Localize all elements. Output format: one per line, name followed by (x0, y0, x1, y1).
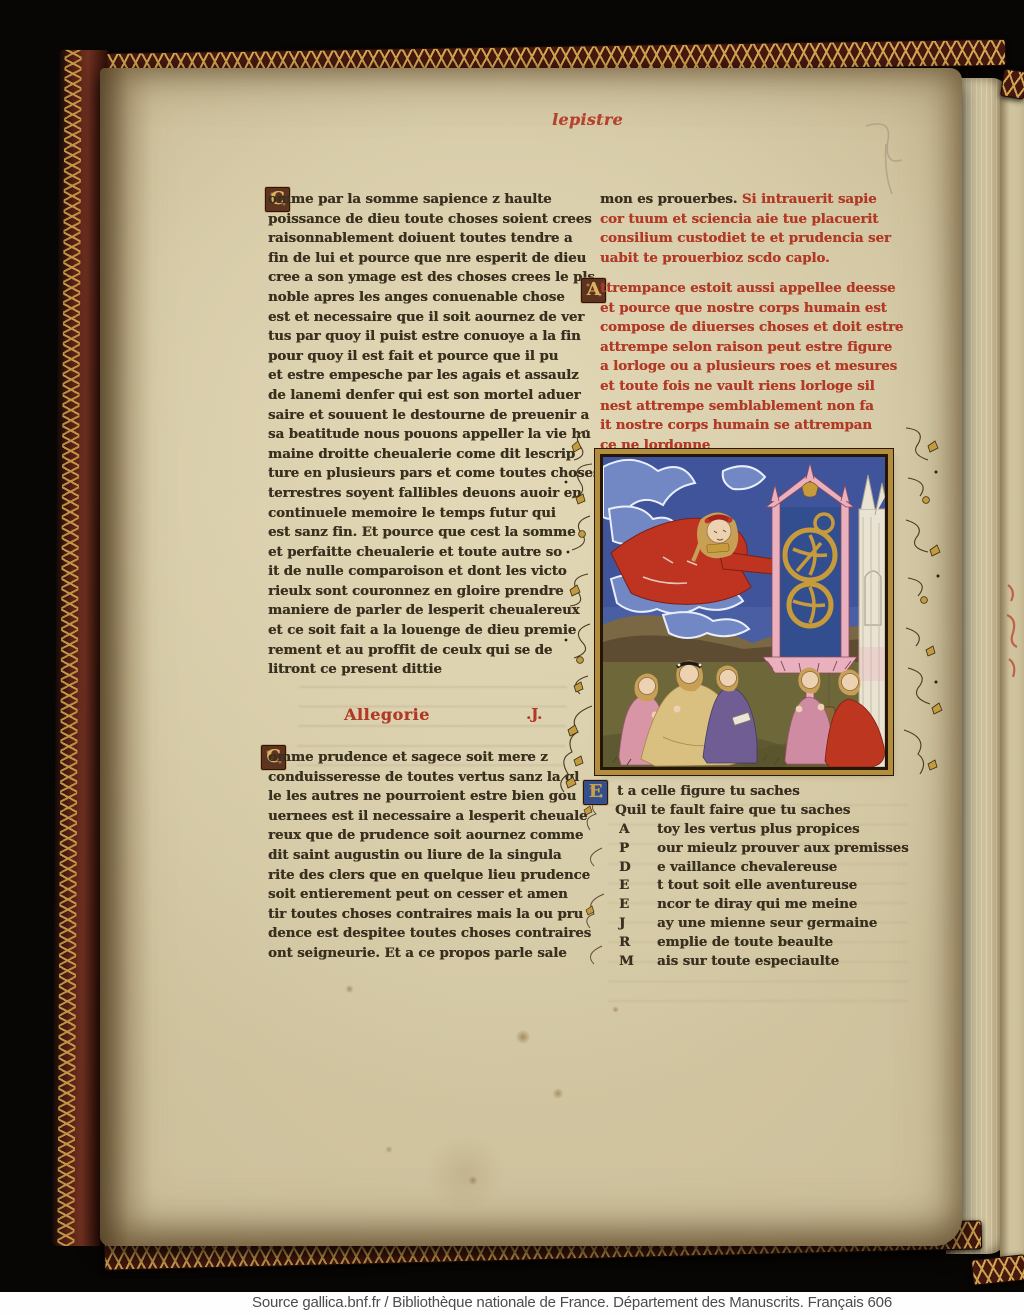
text-line: tus par quoy il puist estre conuoye a la… (268, 327, 578, 347)
running-title: lepistre (552, 110, 623, 129)
latin-line: cor tuum et sciencia aie tue placuerit (600, 210, 912, 230)
verse-text: our mieulz prouver aux premisses (657, 840, 909, 856)
text-line: rite des clers que en quelque lieu prude… (268, 866, 578, 886)
text-line: ont seigneurie. Et a ce propos parle sal… (268, 944, 578, 964)
verse-cap: M (585, 952, 657, 971)
text-line: nest attrempe semblablement non fa (600, 397, 912, 417)
verse-text: ais sur toute especiaulte (657, 953, 839, 969)
marginal-flourish (836, 116, 928, 204)
rubric-mark: .J. (526, 705, 542, 723)
verse-line: Quil te fault faire que tu saches (585, 801, 905, 820)
intro-black: mon es prouerbes. (600, 191, 742, 207)
binding-bottom-right-gilt (971, 1254, 1024, 1286)
text-line: continuele memoire le temps futur qui (268, 504, 578, 524)
gutter-shadow (100, 68, 152, 1246)
text-line: it nostre corps humain se attrempan (600, 416, 912, 436)
text-line: attrempe selon raison peut estre figure (600, 338, 912, 358)
verse-line: Remplie de toute beaulte (585, 933, 905, 952)
verse-line: Atoy les vertus plus propices (585, 820, 905, 839)
text-line: rement et au proffit de ceulx qui se de (268, 641, 578, 661)
text-line: de lanemi denfer qui est son mortel adue… (268, 386, 578, 406)
verse-line: Et tout soit elle aventureuse (585, 876, 905, 895)
text-line: cree a son ymage est des choses crees le… (268, 268, 578, 288)
stain-spot (345, 985, 354, 993)
verse-line: Encor te diray qui me meine (585, 895, 905, 914)
text-line: et toute fois ne vault riens lorloge sil (600, 377, 912, 397)
binding-top-right-gilt (1000, 68, 1024, 99)
verse-lines: Atoy les vertus plus propices Pour mieul… (585, 820, 905, 971)
text-line: uernees est il necessaire a lesperit che… (268, 807, 578, 827)
verse-line: Jay une mienne seur germaine (585, 914, 905, 933)
text-line: reux que de prudence soit aournez comme (268, 826, 578, 846)
verse-line: Pour mieulz prouver aux premisses (585, 839, 905, 858)
gallica-caption-bar: Source gallica.bnf.fr / Bibliothèque nat… (0, 1292, 1024, 1315)
text-line: soit entierement peut on cesser et amen (268, 885, 578, 905)
text-line: et pource que nostre corps humain est (600, 299, 912, 319)
text-line: dence est despitee toutes choses contrai… (268, 924, 578, 944)
verse-cap: R (585, 933, 657, 952)
text-line: terrestres soyent fallibles deuons auoir… (268, 484, 578, 504)
verse-line: t a celle figure tu saches (585, 782, 905, 801)
text-line: saire et souuent le destourne de preueni… (268, 406, 578, 426)
text-line: raisonnablement doiuent toutes tendre a (268, 229, 578, 249)
text-line: compose de diuerses choses et doit estre (600, 318, 912, 338)
text-line: litront ce present dittie (268, 660, 578, 680)
text-line: a lorloge ou a plusieurs roes et mesures (600, 357, 912, 377)
text-line: rieulx sont couronnez en gloire prendre (268, 582, 578, 602)
text-line: it de nulle comparoison et dont les vict… (268, 562, 578, 582)
text-line: sa beatitude nous pouons appeller la vie… (268, 425, 578, 445)
left-column-paragraph1: omme par la somme sapience z haultepoiss… (268, 190, 578, 680)
text-line: conduisseresse de toutes vertus sanz la … (268, 768, 578, 788)
damp-stain (420, 1138, 510, 1208)
photo-background: lepistre C omme par la somme sapience z … (0, 0, 1024, 1292)
text-line: omme prudence et sagece soit mere z (268, 748, 578, 768)
verse-cap: E (585, 895, 657, 914)
attrempance-paragraph: ttrempance estoit aussi appellee deessee… (600, 279, 912, 455)
caption-text: Source gallica.bnf.fr / Bibliothèque nat… (252, 1294, 892, 1311)
latin-quote: cor tuum et sciencia aie tue placueritco… (600, 210, 912, 269)
stain-spot (552, 1088, 564, 1099)
manuscript-page: lepistre C omme par la somme sapience z … (100, 68, 962, 1246)
verse-text: ncor te diray qui me meine (657, 896, 857, 912)
text-line: tir toutes choses contraires mais la ou … (268, 905, 578, 925)
text-line: est et necessaire que il soit aournez de… (268, 308, 578, 328)
verse-text: t tout soit elle aventureuse (657, 877, 857, 893)
latin-line: uabit te prouerbioz scdo caplo. (600, 249, 912, 269)
stain-spot (612, 1006, 619, 1013)
verse-text: emplie de toute beaulte (657, 934, 833, 950)
text-line: fin de lui et pource que nre esperit de … (268, 249, 578, 269)
text-line: noble apres les anges conuenable chose (268, 288, 578, 308)
verse-block: t a celle figure tu saches Quil te fault… (585, 782, 905, 971)
stain-spot (515, 1030, 531, 1044)
verse-line: De vaillance chevalereuse (585, 858, 905, 877)
text-line: ture en plusieurs pars et come toutes ch… (268, 464, 578, 484)
stain-spot (385, 1146, 393, 1153)
verse-line: Mais sur toute especiaulte (585, 952, 905, 971)
verse-cap: A (585, 820, 657, 839)
text-line: et ce soit fait a la louenge de dieu pre… (268, 621, 578, 641)
ivy-flourish-right (892, 420, 950, 792)
latin-line: consilium custodiet te et prudencia ser (600, 229, 912, 249)
text-line: maine droitte cheualerie come dit lescri… (268, 445, 578, 465)
left-column-paragraph2: omme prudence et sagece soit mere zcondu… (268, 748, 578, 964)
miniature-temperance (600, 454, 888, 770)
text-line: poissance de dieu toute choses soient cr… (268, 210, 578, 230)
text-line: et estre empesche par les agais et assau… (268, 366, 578, 386)
text-line: ttrempance estoit aussi appellee deesse (600, 279, 912, 299)
text-line: maniere de parler de lesperit cheualereu… (268, 601, 578, 621)
text-line: et perfaitte cheualerie et toute autre s… (268, 543, 578, 563)
text-line: pour quoy il est fait et pource que il p… (268, 347, 578, 367)
facing-page-ink-bleed (1004, 575, 1022, 685)
spine-gilt-tooling (57, 50, 81, 1246)
verse-text: e vaillance chevalereuse (657, 859, 837, 875)
verse-text: ay une mienne seur germaine (657, 915, 877, 931)
text-line: dit saint augustin ou liure de la singul… (268, 846, 578, 866)
verse-cap: D (585, 858, 657, 877)
ivy-flourish-left (558, 424, 604, 796)
text-line: est sanz fin. Et pource que cest la somm… (268, 523, 578, 543)
verse-cap: E (585, 876, 657, 895)
verse-cap: J (585, 914, 657, 933)
text-line: ce ne lordonne (600, 436, 912, 456)
verse-text: toy les vertus plus propices (657, 821, 859, 837)
verse-cap: P (585, 839, 657, 858)
text-line: omme par la somme sapience z haulte (268, 190, 578, 210)
text-line: le les autres ne pourroient estre bien g… (268, 787, 578, 807)
rubric-label: Allegorie (344, 705, 430, 724)
rubric-allegorie: Allegorie .J. (268, 705, 575, 725)
